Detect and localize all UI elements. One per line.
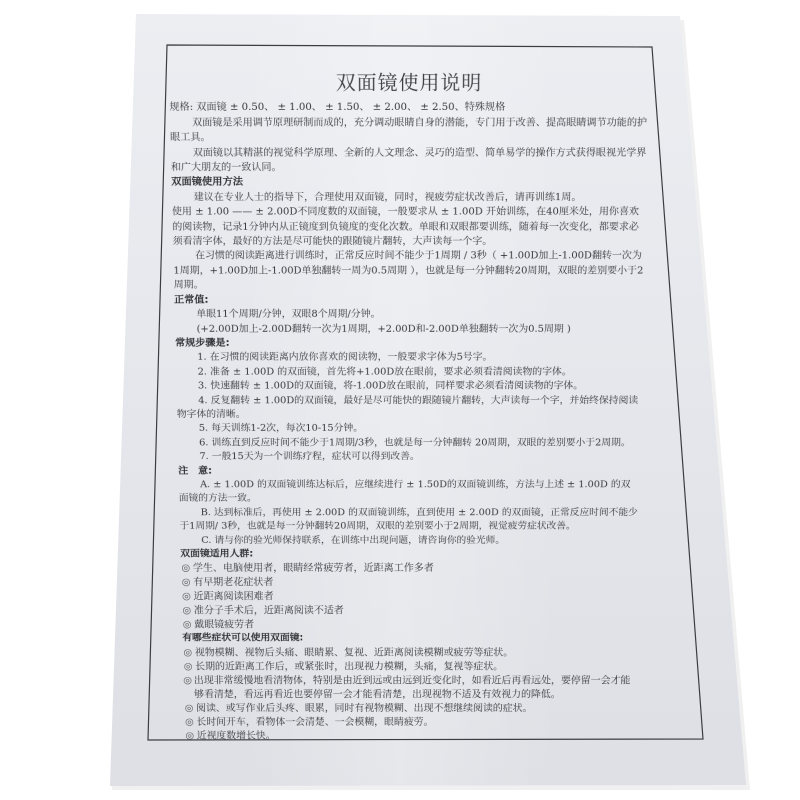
double-circle-bullet-icon: ◎	[180, 561, 191, 575]
note-item: C. 请与你的验光师保持联系，在训练中出现问题，请咨询你的验光师。	[180, 534, 638, 548]
step-item: 3. 快速翻转 ± 1.00D的双面镜，将-1.00D放在眼前，同样要求必须看清…	[176, 379, 642, 393]
intro-paragraph-2: 双面镜以其精湛的视觉科学原理、全新的人文理念、灵巧的造型、简单易学的操作方式获得…	[170, 146, 647, 176]
list-item: ◎近视度数增长快。	[184, 729, 633, 743]
double-circle-bullet-icon: ◎	[182, 618, 193, 632]
double-circle-bullet-icon: ◎	[183, 659, 194, 673]
list-item: ◎阅读、或写作业后头疼、眼累，同时有视物模糊、出现不想继续阅读的症状。	[184, 701, 634, 715]
step-item: 7. 一般15天为一个训练疗程，症状可以得到改善。	[178, 450, 641, 464]
normal-line-1: 单眼11个周期/分钟，双眼8个周期/分钟。	[174, 308, 643, 322]
normal-line-2: (+2.00D加上-2.00D翻转一次为1周期，+2.00D和-2.00D单独翻…	[175, 322, 644, 336]
symptoms-list: ◎视物模糊、视物后头痛、眼睛累、复视、近距离阅读模糊或疲劳等症状。 ◎长期的近距…	[182, 645, 635, 742]
double-circle-bullet-icon: ◎	[183, 673, 192, 701]
list-item: ◎视物模糊、视物后头痛、眼睛累、复视、近距离阅读模糊或疲劳等症状。	[182, 645, 635, 659]
double-circle-bullet-icon: ◎	[182, 645, 193, 659]
step-item: 1. 在习惯的阅读距离内放你喜欢的阅读物，一般要求字体为5号字。	[175, 351, 642, 365]
list-item: ◎出现非常缓慢地看清物体，特别是由近到远或由远到近变化时，如看近后再看远处，要停…	[183, 673, 635, 701]
step-item: 5. 每天训练1-2次，每次10-15分钟。	[177, 422, 641, 436]
double-circle-bullet-icon: ◎	[184, 701, 195, 715]
note-item: A. ± 1.00D 的双面镜训练达标后，应继续进行 ± 1.50D的双面镜训练…	[178, 478, 639, 506]
list-item: ◎准分子手术后，近距离阅读不适者	[181, 604, 636, 618]
steps-heading: 常规步骤是:	[175, 336, 643, 350]
step-item: 4. 反复翻转 ± 1.00D的双面镜，最好是尽可能快的跟随镜片翻转，大声读每一…	[176, 394, 641, 422]
list-item: ◎学生、电脑使用者，眼睛经常疲劳者，近距离工作多者	[180, 561, 637, 575]
double-circle-bullet-icon: ◎	[184, 729, 195, 743]
audience-list: ◎学生、电脑使用者，眼睛经常疲劳者，近距离工作多者 ◎有早期老花症状者 ◎近距离…	[180, 561, 637, 632]
method-heading: 双面镜使用方法	[171, 176, 647, 191]
step-item: 6. 训练直到反应时间不能少于1周期/3秒，也就是每一分钟翻转 20周期，双眼的…	[177, 436, 640, 450]
document-body: 双面镜使用说明 规格: 双面镜 ± 0.50、 ± 1.00、 ± 1.50、 …	[168, 48, 650, 742]
document-title: 双面镜使用说明	[169, 76, 650, 91]
list-item: ◎戴眼镜疲劳者	[182, 618, 636, 632]
list-item: ◎近距离阅读困难者	[181, 590, 637, 604]
intro-paragraph-1: 双面镜是采用调节原理研制而成的，充分调动眼睛自身的潜能，专门用于改善、提高眼睛调…	[170, 116, 649, 146]
double-circle-bullet-icon: ◎	[184, 715, 195, 729]
double-circle-bullet-icon: ◎	[181, 575, 192, 589]
step-item: 2. 准备 ± 1.00D 的双面镜，首先将+1.00D放在眼前，要求必须看清阅…	[176, 365, 643, 379]
symptoms-heading: 有哪些症状可以使用双面镜:	[182, 632, 636, 646]
list-item: ◎长时间开车，看物体一会清楚、一会模糊，眼睛疲劳。	[184, 715, 634, 729]
double-circle-bullet-icon: ◎	[181, 604, 192, 618]
spec-line: 规格: 双面镜 ± 0.50、 ± 1.00、 ± 1.50、 ± 2.00、 …	[169, 101, 648, 116]
note-item: B. 达到标准后，再使用 ± 2.00D 的双面镜训练，直到使用 ± 2.00D…	[179, 506, 639, 534]
normal-heading: 正常值:	[174, 293, 644, 307]
list-item: ◎有早期老花症状者	[181, 575, 637, 589]
method-paragraph-3: 在习惯的阅读距离进行训练时，正常反应时间不能少于1周期 / 3秒（ +1.00D…	[173, 249, 645, 293]
list-item: ◎长期的近距离工作后，或紧张时，出现视力模糊，头痛，复视等症状。	[183, 659, 635, 673]
method-paragraph-2: 使用 ± 1.00 —— ± 2.00D不同度数的双面镜，一般要求从 ± 1.0…	[172, 205, 646, 249]
audience-heading: 双面镜适用人群:	[180, 547, 638, 561]
double-circle-bullet-icon: ◎	[181, 590, 192, 604]
notes-heading: 注 意:	[178, 464, 640, 478]
method-paragraph-1: 建议在专业人士的指导下，合理使用双面镜，同时，视疲劳症状改善后，请再训练1周。	[171, 190, 646, 205]
